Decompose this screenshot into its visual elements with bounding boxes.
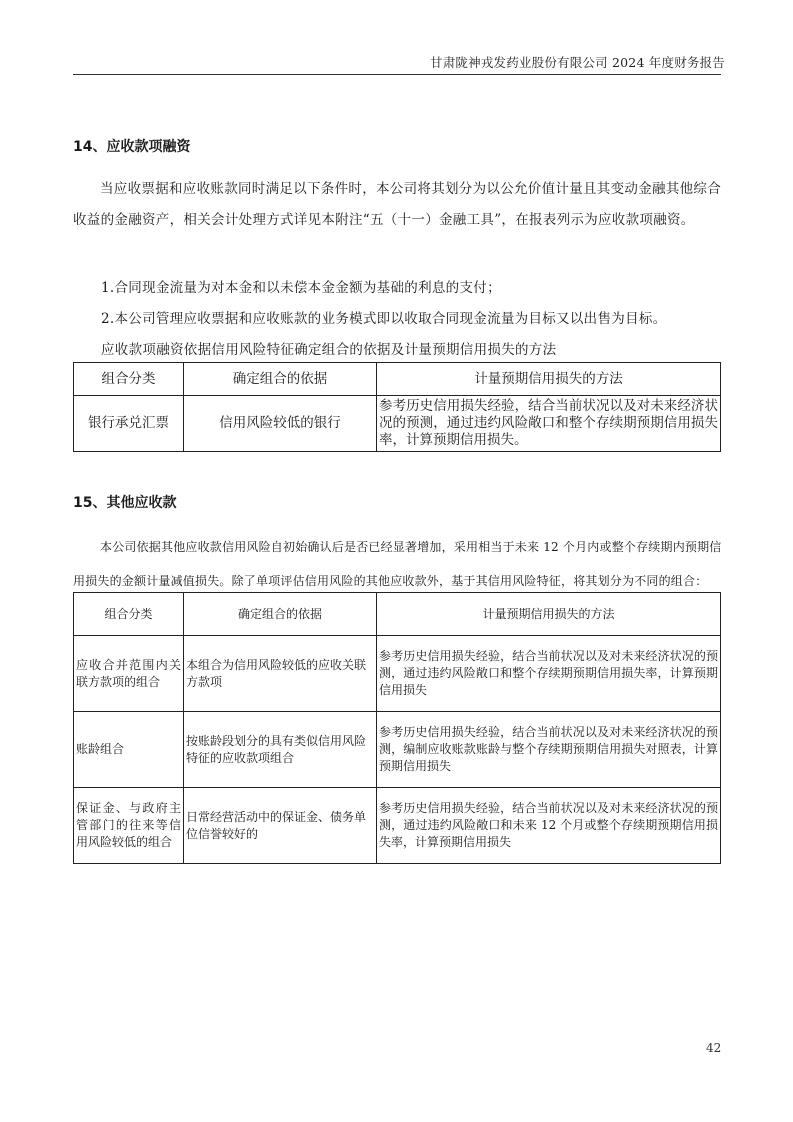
table-header-row: 组合分类 确定组合的依据 计量预期信用损失的方法 [74,593,721,636]
header-divider [73,74,721,75]
table-cell: 按账龄段划分的具有类似信用风险特征的应收款项组合 [184,712,377,788]
table-cell: 银行承兑汇票 [74,396,184,452]
header-cell: 确定组合的依据 [184,363,377,396]
condition-1: 1.合同现金流量为对本金和以未偿本金金额为基础的利息的支付； [101,276,501,296]
section-14-table-caption: 应收款项融资依据信用风险特征确定组合的依据及计量预期信用损失的方法 [101,338,556,358]
section-14-intro: 当应收票据和应收账款同时满足以下条件时，本公司将其划分为以公允价值计量且其变动金… [73,174,723,236]
table-cell: 参考历史信用损失经验，结合当前状况以及对未来经济状况的预测，编制应收账款账龄与整… [377,712,721,788]
header-cell: 确定组合的依据 [184,593,377,636]
table-cell: 应收合并范围内关联方款项的组合 [74,636,184,712]
table-header-row: 组合分类 确定组合的依据 计量预期信用损失的方法 [74,363,721,396]
table-cell: 保证金、与政府主管部门的往来等信用风险较低的组合 [74,788,184,864]
header-cell: 组合分类 [74,363,184,396]
page-number: 42 [706,1041,721,1055]
other-receivables-table: 组合分类 确定组合的依据 计量预期信用损失的方法 应收合并范围内关联方款项的组合… [73,592,721,864]
section-14-heading: 14、应收款项融资 [73,136,190,156]
section-15-heading: 15、其他应收款 [73,492,176,512]
header-cell: 计量预期信用损失的方法 [377,363,721,396]
section-15-intro: 本公司依据其他应收款信用风险自初始确认后是否已经显著增加，采用相当于未来 12 … [73,530,723,598]
table-cell: 本组合为信用风险较低的应收关联方款项 [184,636,377,712]
table-cell: 参考历史信用损失经验，结合当前状况以及对未来经济状况的预测，通过违约风险敞口和未… [377,788,721,864]
table-cell: 账龄组合 [74,712,184,788]
table-row: 账龄组合 按账龄段划分的具有类似信用风险特征的应收款项组合 参考历史信用损失经验… [74,712,721,788]
table-row: 应收合并范围内关联方款项的组合 本组合为信用风险较低的应收关联方款项 参考历史信… [74,636,721,712]
table-cell: 日常经营活动中的保证金、债务单位信誉较好的 [184,788,377,864]
header-cell: 计量预期信用损失的方法 [377,593,721,636]
table-row: 银行承兑汇票 信用风险较低的银行 参考历史信用损失经验，结合当前状况以及对未来经… [74,396,721,452]
table-cell: 信用风险较低的银行 [184,396,377,452]
report-header-title: 甘肃陇神戎发药业股份有限公司 2024 年度财务报告 [430,53,725,71]
table-cell: 参考历史信用损失经验，结合当前状况以及对未来经济状况的预测，通过违约风险敞口和整… [377,636,721,712]
header-cell: 组合分类 [74,593,184,636]
table-cell: 参考历史信用损失经验，结合当前状况以及对未来经济状况的预测，通过违约风险敞口和整… [377,396,721,452]
condition-2: 2.本公司管理应收票据和应收账款的业务模式即以收取合同现金流量为目标又以出售为目… [101,307,666,327]
table-row: 保证金、与政府主管部门的往来等信用风险较低的组合 日常经营活动中的保证金、债务单… [74,788,721,864]
receivables-financing-table: 组合分类 确定组合的依据 计量预期信用损失的方法 银行承兑汇票 信用风险较低的银… [73,362,721,452]
